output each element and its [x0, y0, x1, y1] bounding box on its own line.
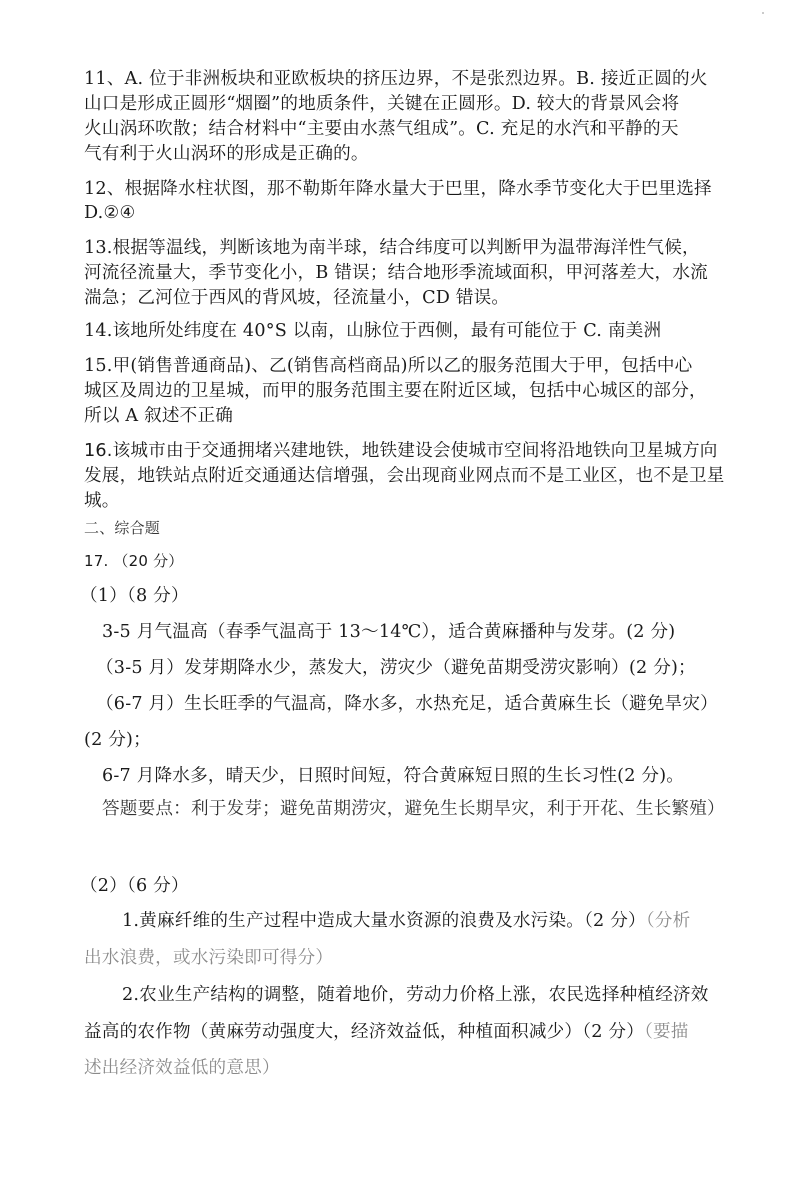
answer-13-line-3: 湍急；乙河位于西风的背风坡，径流量小，CD 错误。	[84, 286, 509, 310]
answer-12-line-1: 12、根据降水柱状图，那不勒斯年降水量大于巴里，降水季节变化大于巴里选择	[84, 177, 712, 201]
part-2-item-1-note: （分析	[646, 911, 691, 931]
section-title: 二、综合题	[84, 516, 160, 540]
question-17-header: 17. （20 分）	[84, 549, 183, 573]
answer-12-line-2: D.②④	[84, 201, 135, 225]
answer-16-line-1: 16.该城市由于交通拥堵兴建地铁，地铁建设会使城市空间将沿地铁向卫星城方向	[84, 439, 718, 463]
part-2-item-2-note: （要描	[644, 1022, 689, 1042]
answer-13-line-2: 河流径流量大，季节变化小，B 错误；结合地形季流域面积，甲河落差大，水流	[84, 261, 708, 285]
part-2-item-1-main: 1.黄麻纤维的生产过程中造成大量水资源的浪费及水污染。（2 分）	[122, 911, 646, 931]
part-1-header: （1）（8 分）	[80, 584, 189, 608]
answer-11-line-3: 火山涡环吹散；结合材料中“主要由水蒸气组成”。C. 充足的水汽和平静的天	[84, 117, 679, 141]
part-1-line-1: 3-5 月气温高（春季气温高于 13～14℃），适合黄麻播种与发芽。(2 分)	[102, 620, 675, 644]
part-2-header: （2）（6 分）	[80, 874, 189, 898]
part-2-item-1: 1.黄麻纤维的生产过程中造成大量水资源的浪费及水污染。（2 分）（分析	[122, 909, 690, 933]
answer-16-line-3: 城。	[84, 489, 120, 513]
part-1-line-4: (2 分)；	[84, 728, 151, 752]
part-2-item-2-line-1: 2.农业生产结构的调整，随着地价，劳动力价格上涨，农民选择种植经济效	[122, 983, 709, 1007]
answer-13-line-1: 13.根据等温线，判断该地为南半球，结合纬度可以判断甲为温带海洋性气候，	[84, 236, 700, 260]
part-1-line-2: （3-5 月）发芽期降水少，蒸发大，涝灾少（避免苗期受涝灾影响）(2 分)；	[96, 656, 696, 680]
part-1-line-5: 6-7 月降水多，晴天少，日照时间短，符合黄麻短日照的生长习性(2 分)。	[102, 764, 684, 788]
answer-14-line-1: 14.该地所处纬度在 40°S 以南，山脉位于西侧，最有可能位于 C. 南美洲	[84, 319, 661, 343]
answer-15-line-1: 15.甲(销售普通商品)、乙(销售高档商品)所以乙的服务范围大于甲，包括中心	[84, 354, 692, 378]
part-2-item-2-line-2: 益高的农作物（黄麻劳动强度大，经济效益低，种植面积减少）（2 分）（要描	[84, 1020, 689, 1044]
part-2-item-1-note-cont: 出水浪费，或水污染即可得分）	[84, 946, 333, 970]
answer-15-line-3: 所以 A 叙述不正确	[84, 404, 233, 428]
answer-16-line-2: 发展，地铁站点附近交通通达信增强，会出现商业网点而不是工业区，也不是卫星	[84, 464, 725, 488]
part-2-item-2-note-cont: 述出经济效益低的意思）	[84, 1056, 280, 1080]
part-1-key-points: 答题要点：利于发芽；避免苗期涝灾，避免生长期旱灾，利于开花、生长繁殖）	[102, 797, 725, 821]
part-1-line-3: （6-7 月）生长旺季的气温高，降水多，水热充足，适合黄麻生长（避免旱灾）	[96, 692, 718, 716]
answer-11-line-4: 气有利于火山涡环的形成是正确的。	[84, 142, 369, 166]
part-2-item-2-main: 益高的农作物（黄麻劳动强度大，经济效益低，种植面积减少）（2 分）	[84, 1022, 644, 1042]
scan-speck	[762, 12, 764, 14]
answer-11-line-1: 11、A. 位于非洲板块和亚欧板块的挤压边界，不是张烈边界。B. 接近正圆的火	[84, 67, 708, 91]
answer-11-line-2: 山口是形成正圆形“烟圈”的地质条件，关键在正圆形。D. 较大的背景风会将	[84, 92, 679, 116]
answer-15-line-2: 城区及周边的卫星城，而甲的服务范围主要在附近区域，包括中心城区的部分，	[84, 379, 707, 403]
